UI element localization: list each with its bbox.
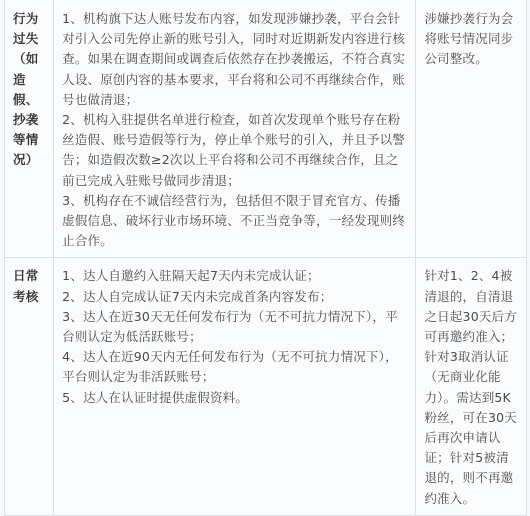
table-row-behavior-fault: 行为 过失 （如 造 假、 抄袭 等情 况） 1、机构旗下达人账号发布内容，如发… [5,0,527,258]
category-line: （如 [13,49,46,69]
rule-item: 3、达人在近30天无任何发布行为（无不可抗力情况下），平台则认定为低活跃账号； [62,307,408,347]
category-line: 抄袭 [13,110,46,130]
note-cell: 针对1、2、4被清退的，自清退之日起30天后方可再邀约准入；针对3取消认证（无商… [416,258,527,477]
category-line: 过失 [13,29,46,49]
category-line: 等情 [13,130,46,150]
category-line: 况） [13,150,46,170]
note-cell: 涉嫌抄袭行为会将账号情况同步公司整改。 [416,0,527,258]
rule-item: 2、机构入驻提供名单进行检查，如首次发现单个账号存在粉丝造假、账号造假等行为，停… [62,110,408,191]
content-cell: 1、机构旗下达人账号发布内容，如发现涉嫌抄袭，平台会针对引入公司先停止新的账号引… [54,0,416,258]
table-row-daily-assessment: 日常 考核 1、达人自邀约入驻隔天起7天内未完成认证； 2、达人自完成认证7天内… [5,258,527,477]
rules-table: 行为 过失 （如 造 假、 抄袭 等情 况） 1、机构旗下达人账号发布内容，如发… [4,0,527,477]
category-line: 假、 [13,90,46,110]
rule-item: 1、达人自邀约入驻隔天起7天内未完成认证； [62,266,408,286]
rule-item: 5、达人在认证时提供虚假资料。 [62,388,408,408]
category-cell: 日常 考核 [5,258,54,477]
category-line: 行为 [13,9,46,29]
category-line: 日常 [13,266,46,286]
content-cell: 1、达人自邀约入驻隔天起7天内未完成认证； 2、达人自完成认证7天内未完成首条内… [54,258,416,477]
category-line: 考核 [13,287,46,307]
rule-item: 4、达人在近90天内无任何发布行为（无不可抗力情况下），平台则认定为非活跃账号； [62,347,408,387]
category-cell: 行为 过失 （如 造 假、 抄袭 等情 况） [5,0,54,258]
rule-item: 2、达人自完成认证7天内未完成首条内容发布； [62,287,408,307]
rule-item: 3、机构存在不诚信经营行为，包括但不限于冒充官方、传播虚假信息、破坏行业市场环境… [62,191,408,252]
category-line: 造 [13,70,46,90]
rule-item: 1、机构旗下达人账号发布内容，如发现涉嫌抄袭，平台会针对引入公司先停止新的账号引… [62,9,408,110]
